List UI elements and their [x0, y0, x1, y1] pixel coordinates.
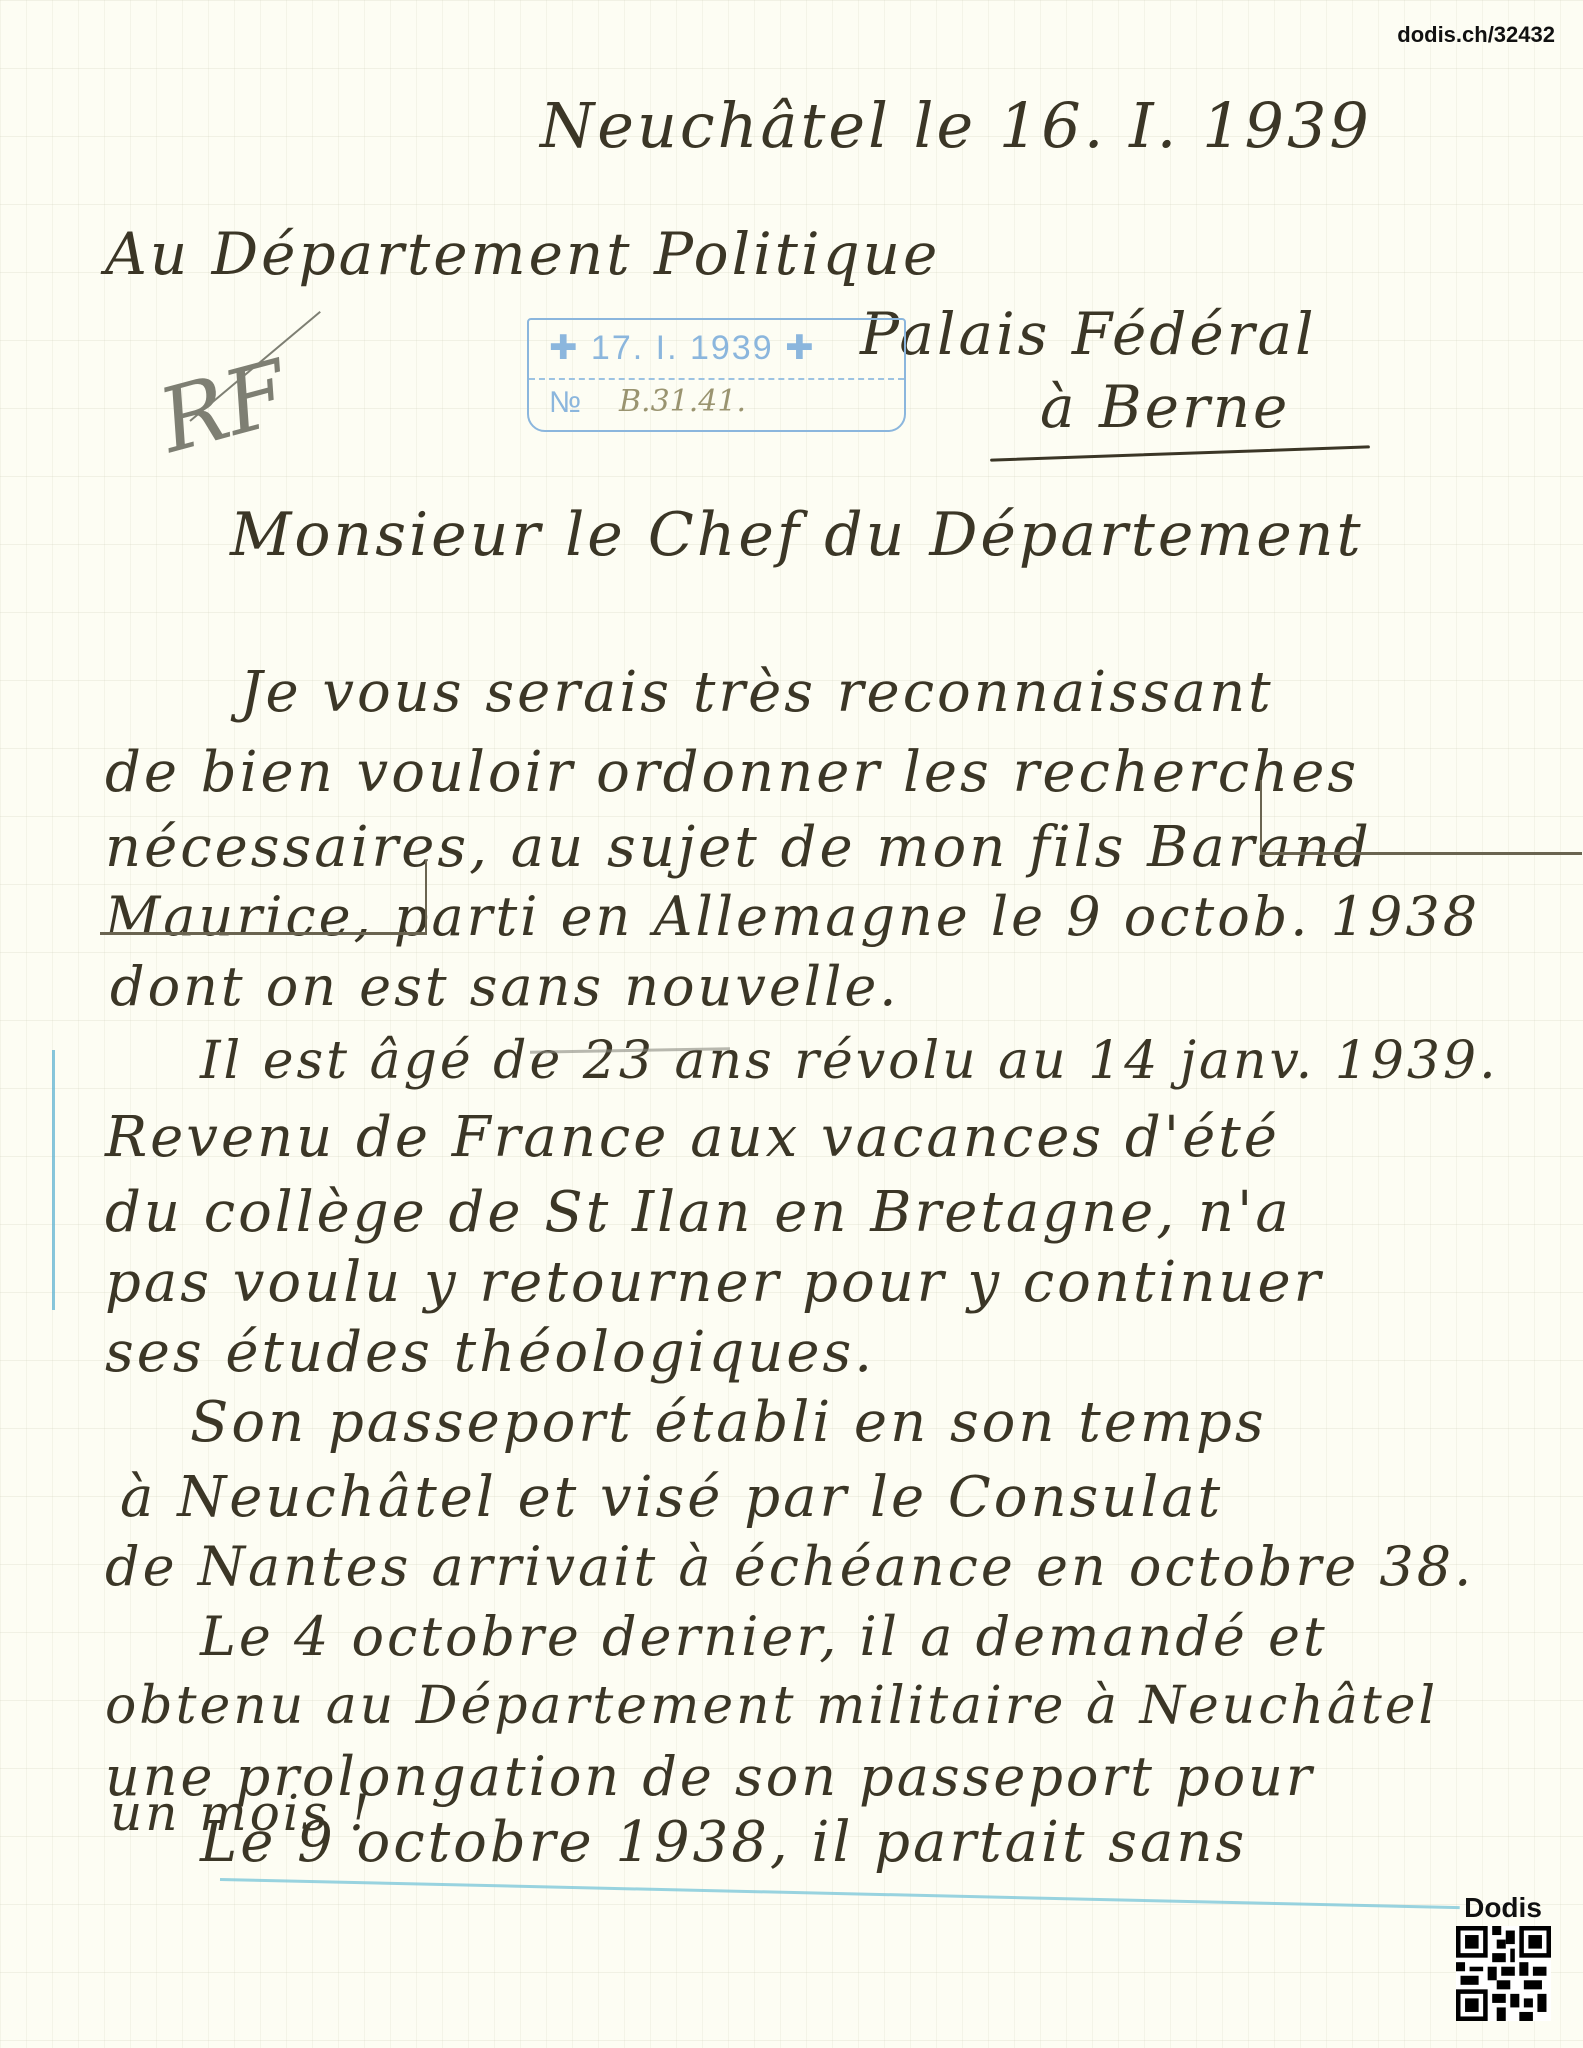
stamp-date: ✚ 17. I. 1939 ✚: [549, 328, 816, 368]
blue-margin-mark: [52, 1050, 55, 1310]
letter-place-date: Neuchâtel le 16. I. 1939: [540, 95, 1372, 157]
body-line: Il est âgé de 23 ans révolu au 14 janv. …: [200, 1035, 1499, 1087]
body-line: de bien vouloir ordonner les recherches: [105, 745, 1359, 801]
body-line: dont on est sans nouvelle.: [110, 960, 899, 1014]
salutation: Monsieur le Chef du Département: [230, 505, 1364, 565]
pencil-annotation: RF: [149, 340, 299, 472]
body-line: Le 9 octobre 1938, il partait sans: [200, 1815, 1247, 1871]
name-bracket-left: [1260, 780, 1582, 855]
dodis-reference: dodis.ch/32432: [1397, 22, 1555, 48]
body-line: Je vous serais très reconnaissant: [240, 665, 1274, 721]
recipient-line-2: Palais Fédéral: [860, 305, 1317, 363]
received-stamp: ✚ 17. I. 1939 ✚ № B.31.41.: [527, 318, 906, 432]
stamp-number-value: B.31.41.: [619, 384, 746, 419]
recipient-line-1: Au Département Politique: [105, 225, 940, 283]
body-line: obtenu au Département militaire à Neuchâ…: [105, 1680, 1438, 1732]
dodis-brand: Dodis: [1453, 1892, 1553, 1924]
recipient-underline: [990, 445, 1370, 461]
dodis-logo: Dodis: [1453, 1892, 1553, 2025]
body-line: Revenu de France aux vacances d'été: [105, 1110, 1280, 1166]
body-line: Le 4 octobre dernier, il a demandé et: [200, 1610, 1328, 1664]
body-line: pas voulu y retourner pour y continuer: [105, 1255, 1323, 1311]
qr-code-icon: [1456, 1926, 1551, 2021]
stamp-divider: [529, 378, 904, 380]
recipient-line-3: à Berne: [1040, 378, 1290, 436]
body-line: ses études théologiques.: [105, 1325, 875, 1381]
stamp-number-label: №: [549, 386, 581, 420]
body-line: à Neuchâtel et visé par le Consulat: [120, 1470, 1223, 1526]
blue-bottom-mark: [220, 1878, 1460, 1909]
body-line: de Nantes arrivait à échéance en octobre…: [105, 1540, 1474, 1594]
body-line: Son passeport établi en son temps: [190, 1395, 1267, 1451]
name-bracket-right: [100, 860, 427, 935]
body-line: du collège de St Ilan en Bretagne, n'a: [105, 1185, 1292, 1241]
